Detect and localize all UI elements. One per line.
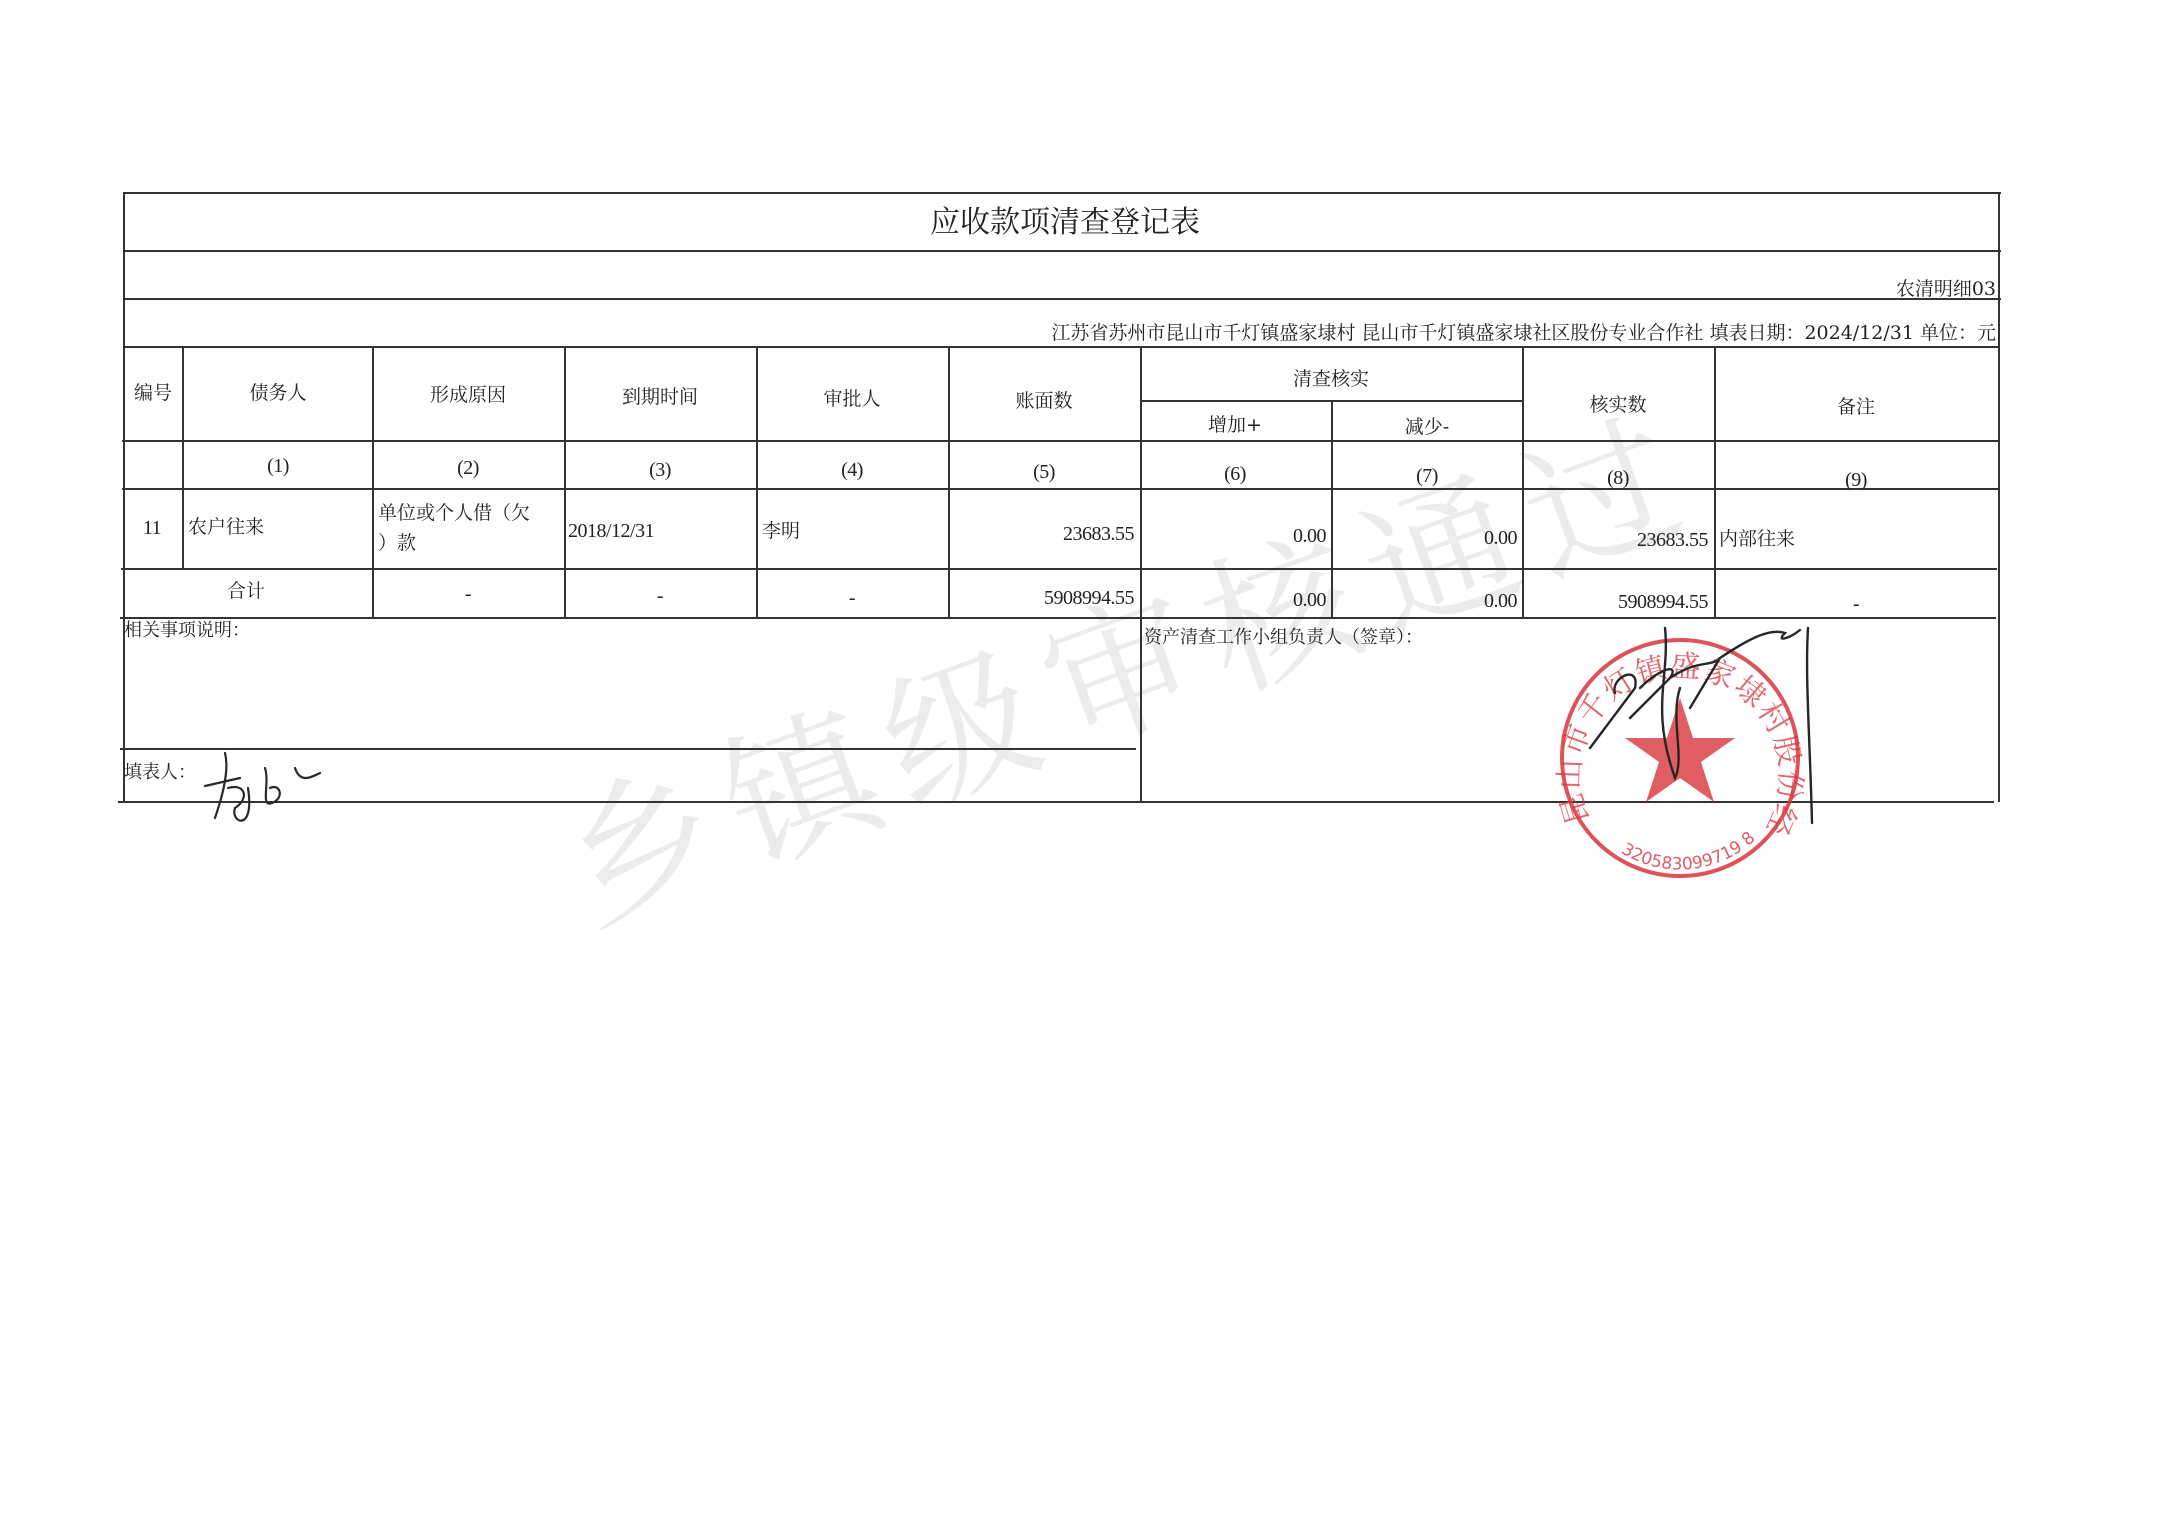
cell-approver: 李明 [762, 522, 800, 541]
col-index-4: (4) [841, 460, 863, 480]
cell-debtor: 农户往来 [188, 518, 264, 537]
col-index-1: (1) [267, 456, 289, 476]
rule [756, 346, 758, 617]
form-code: 农清明细03 [1896, 280, 1996, 299]
rule [372, 346, 374, 617]
rule [1522, 346, 1524, 617]
header-remark: 备注 [1837, 398, 1875, 417]
col-index-7: (7) [1416, 466, 1438, 486]
col-index-2: (2) [457, 458, 479, 478]
cell-cause-line2: ）款 [378, 534, 416, 553]
rule [182, 346, 184, 568]
rule [564, 346, 566, 617]
rule [1331, 400, 1333, 617]
preparer-label: 填表人： [124, 764, 196, 782]
cell-book: 23683.55 [1063, 524, 1134, 544]
total-book: 5908994.55 [1044, 588, 1134, 608]
rule [123, 346, 1999, 348]
leader-signature [1570, 618, 1830, 828]
header-increase: 增加+ [1208, 416, 1262, 435]
total-increase: 0.00 [1293, 590, 1326, 610]
total-label: 合计 [227, 582, 265, 601]
total-decrease: 0.00 [1484, 591, 1517, 611]
rule [122, 440, 1998, 442]
total-due: - [657, 586, 663, 606]
rule [1140, 346, 1142, 802]
header-verify-group: 清查核实 [1293, 370, 1369, 389]
col-index-3: (3) [649, 460, 671, 480]
cell-verified: 23683.55 [1637, 530, 1708, 550]
leader-label: 资产清查工作小组负责人（签章）： [1144, 629, 1423, 647]
header-book: 账面数 [1015, 392, 1072, 411]
header-verified: 核实数 [1589, 396, 1646, 415]
cell-due: 2018/12/31 [568, 521, 654, 541]
total-cause: - [465, 584, 471, 604]
rule [1998, 192, 2000, 802]
total-remark: - [1853, 594, 1859, 614]
rule [123, 298, 2001, 300]
header-debtor: 债务人 [249, 384, 306, 403]
cell-increase: 0.00 [1293, 526, 1326, 546]
cell-remark: 内部往来 [1719, 530, 1795, 549]
cell-no: 11 [143, 518, 161, 538]
rule [122, 488, 1998, 490]
rule [123, 192, 125, 802]
preparer-signature [200, 748, 340, 838]
organization-line: 江苏省苏州市昆山市千灯镇盛家埭村 昆山市千灯镇盛家埭社区股份专业合作社 填表日期… [1051, 324, 1996, 343]
col-index-8: (8) [1607, 468, 1629, 488]
notes-label: 相关事项说明： [124, 622, 250, 640]
receivables-audit-form: 乡镇级审核通过 应收款项清查登记表 农清明细03 江苏省苏州市昆山市千灯镇盛家埭… [0, 0, 2160, 1527]
header-due: 到期时间 [622, 388, 698, 407]
cell-decrease: 0.00 [1484, 528, 1517, 548]
rule [123, 192, 2001, 194]
col-index-6: (6) [1224, 464, 1246, 484]
header-approver: 审批人 [823, 390, 880, 409]
col-index-5: (5) [1033, 462, 1055, 482]
rule [948, 346, 950, 617]
total-approver: - [849, 588, 855, 608]
rule [1714, 346, 1716, 617]
cell-cause-line1: 单位或个人借（欠 [378, 504, 530, 523]
total-verified: 5908994.55 [1618, 592, 1708, 612]
header-decrease: 减少- [1405, 418, 1449, 437]
header-no: 编号 [134, 384, 172, 403]
header-cause: 形成原因 [430, 386, 506, 405]
rule [123, 250, 2001, 252]
form-title: 应收款项清查登记表 [930, 208, 1200, 238]
col-index-9: (9) [1845, 470, 1867, 490]
